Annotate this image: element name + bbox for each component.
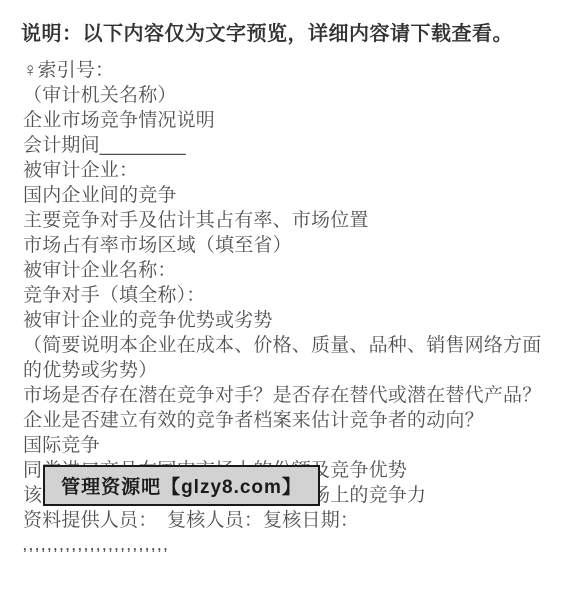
watermark-text: 管理资源吧【glzy8.com】 [61,472,302,499]
preview-text-line: 被审计企业名称： [23,258,563,283]
preview-text-line: （简要说明本企业在成本、价格、质量、品种、销售网络方面 [23,333,563,358]
preview-text-line: 企业是否建立有效的竞争者档案来估计竞争者的动向？ [23,408,563,433]
preview-text-line: 企业市场竞争情况说明 [23,108,563,133]
watermark-badge: 管理资源吧【glzy8.com】 [43,465,320,506]
preview-text-line: 的优势或劣势） [23,358,563,383]
preview-text-line: 国内企业间的竞争 [23,183,563,208]
preview-text-line: 被审计企业： [23,158,563,183]
preview-text-body: ♀索引号：（审计机关名称）企业市场竞争情况说明会计期间________被审计企业… [23,58,563,533]
preview-text-line: 资料提供人员： 复核人员：复核日期： [23,508,563,533]
preview-text-line: 竞争对手（填全称）： [23,283,563,308]
preview-text-line: 国际竞争 [23,433,563,458]
preview-text-line: 主要竞争对手及估计其占有率、市场位置 [23,208,563,233]
preview-text-line: 市场是否存在潜在竞争对手？是否存在替代或潜在替代产品？ [23,383,563,408]
preview-text-line: 会计期间________ [23,133,563,158]
preview-text-line: 市场占有率市场区域（填至省） [23,233,563,258]
dots-line: ,,,,,,,,,,,,,,,,,,,,,,,, [23,533,563,558]
preview-text-line: 被审计企业的竞争优势或劣势 [23,308,563,333]
preview-notice: 说明：以下内容仅为文字预览，详细内容请下载查看。 [21,17,513,46]
preview-text-line: （审计机关名称） [23,83,563,108]
preview-text-line: ♀索引号： [23,58,563,83]
document-preview-page: 说明：以下内容仅为文字预览，详细内容请下载查看。 ♀索引号：（审计机关名称）企业… [0,0,578,600]
trailing-dots-row: ,,,,,,,,,,,,,,,,,,,,,,,, [23,533,563,558]
